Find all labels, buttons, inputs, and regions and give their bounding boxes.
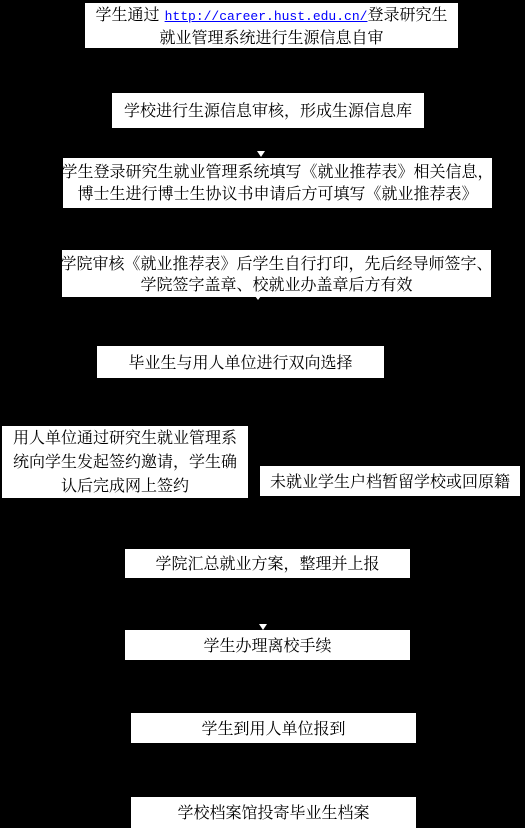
career-site-link[interactable]: http://career.hust.edu.cn/ bbox=[165, 9, 368, 24]
step-text-line: 学校档案馆投寄毕业生档案 bbox=[177, 802, 369, 823]
step-text-line: 认后完成网上签约 bbox=[61, 474, 189, 498]
arrow-down-icon bbox=[257, 151, 265, 157]
step-text-line: 统向学生发起签约邀请，学生确 bbox=[13, 450, 237, 474]
step-text-line: 学生到用人单位报到 bbox=[201, 718, 345, 739]
step-unemployed-file-stay-or-return: 未就业学生户档暂留学校或回原籍 bbox=[260, 466, 520, 496]
step-text-line: 学生办理离校手续 bbox=[203, 635, 331, 656]
arrow-down-icon bbox=[255, 296, 261, 300]
step-fill-recommendation-form: 学生登录研究生就业管理系统填写《就业推荐表》相关信息， 博士生进行博士生协议书申… bbox=[63, 158, 492, 208]
step-text-line: 就业管理系统进行生源信息自审 bbox=[159, 27, 383, 48]
employment-flowchart: 学生通过 http://career.hust.edu.cn/登录研究生 就业管… bbox=[0, 0, 525, 828]
step-text-line: 学校进行生源信息审核，形成生源信息库 bbox=[124, 100, 412, 121]
step-text-line: 学生登录研究生就业管理系统填写《就业推荐表》相关信息， bbox=[62, 161, 494, 183]
step-text-line: 用人单位通过研究生就业管理系 bbox=[13, 426, 237, 450]
step-leave-school-procedures: 学生办理离校手续 bbox=[125, 630, 410, 660]
step-source-info-self-check: 学生通过 http://career.hust.edu.cn/登录研究生 就业管… bbox=[85, 3, 458, 48]
step-text-line: 学院签字盖章、校就业办盖章后方有效 bbox=[140, 274, 412, 295]
step-text-line: 毕业生与用人单位进行双向选择 bbox=[128, 352, 352, 373]
step-archives-mailing: 学校档案馆投寄毕业生档案 bbox=[131, 797, 416, 828]
step-text-line: 博士生进行博士生协议书申请后方可填写《就业推荐表》 bbox=[77, 183, 477, 205]
step-text-line: 学生通过 http://career.hust.edu.cn/登录研究生 bbox=[96, 4, 448, 27]
step-text-line: 学院汇总就业方案，整理并上报 bbox=[155, 553, 379, 574]
step-text-line: 未就业学生户档暂留学校或回原籍 bbox=[270, 471, 510, 492]
step-school-source-info-review: 学校进行生源信息审核，形成生源信息库 bbox=[112, 93, 424, 128]
step-text-prefix: 学生通过 bbox=[96, 5, 165, 24]
step-college-review-print-sign: 学院审核《就业推荐表》后学生自行打印，先后经导师签字、 学院签字盖章、校就业办盖… bbox=[62, 250, 491, 297]
step-report-to-employer: 学生到用人单位报到 bbox=[131, 713, 416, 743]
step-online-contract-signing: 用人单位通过研究生就业管理系 统向学生发起签约邀请，学生确 认后完成网上签约 bbox=[2, 426, 248, 498]
step-mutual-selection: 毕业生与用人单位进行双向选择 bbox=[97, 346, 384, 378]
step-text-line: 学院审核《就业推荐表》后学生自行打印，先后经导师签字、 bbox=[61, 253, 493, 274]
step-text-suffix: 登录研究生 bbox=[367, 5, 447, 24]
step-college-report-employment-plan: 学院汇总就业方案，整理并上报 bbox=[125, 549, 410, 578]
